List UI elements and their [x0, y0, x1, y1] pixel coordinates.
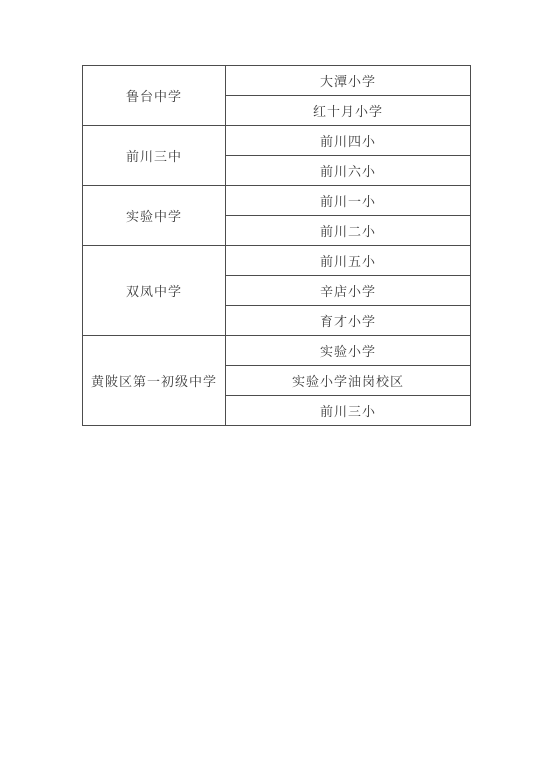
middle-school-cell: 鲁台中学	[83, 66, 226, 126]
primary-school-cell: 前川五小	[226, 246, 471, 276]
document-page: 鲁台中学大潭小学红十月小学前川三中前川四小前川六小实验中学前川一小前川二小双凤中…	[0, 0, 549, 782]
table-row: 双凤中学前川五小	[83, 246, 471, 276]
primary-school-cell: 辛店小学	[226, 276, 471, 306]
middle-school-cell: 实验中学	[83, 186, 226, 246]
table-row: 鲁台中学大潭小学	[83, 66, 471, 96]
middle-school-cell: 双凤中学	[83, 246, 226, 336]
primary-school-cell: 前川二小	[226, 216, 471, 246]
primary-school-cell: 实验小学油岗校区	[226, 366, 471, 396]
middle-school-cell: 前川三中	[83, 126, 226, 186]
table-row: 前川三中前川四小	[83, 126, 471, 156]
primary-school-cell: 前川六小	[226, 156, 471, 186]
table-row: 实验中学前川一小	[83, 186, 471, 216]
school-pairing-table: 鲁台中学大潭小学红十月小学前川三中前川四小前川六小实验中学前川一小前川二小双凤中…	[82, 65, 471, 426]
primary-school-cell: 育才小学	[226, 306, 471, 336]
primary-school-cell: 前川三小	[226, 396, 471, 426]
primary-school-cell: 实验小学	[226, 336, 471, 366]
primary-school-cell: 大潭小学	[226, 66, 471, 96]
middle-school-cell: 黄陂区第一初级中学	[83, 336, 226, 426]
table-row: 黄陂区第一初级中学实验小学	[83, 336, 471, 366]
primary-school-cell: 红十月小学	[226, 96, 471, 126]
primary-school-cell: 前川一小	[226, 186, 471, 216]
school-table-body: 鲁台中学大潭小学红十月小学前川三中前川四小前川六小实验中学前川一小前川二小双凤中…	[83, 66, 471, 426]
primary-school-cell: 前川四小	[226, 126, 471, 156]
